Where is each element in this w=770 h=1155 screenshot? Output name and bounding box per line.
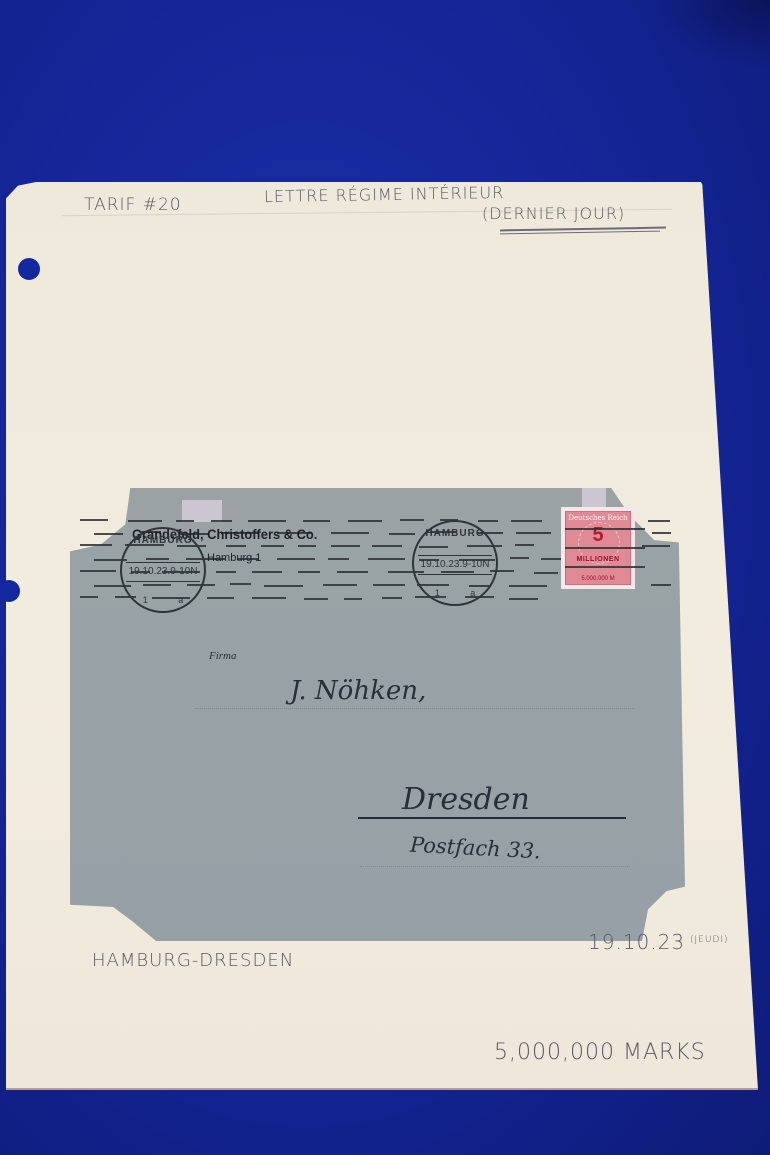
cancel-dash [128, 520, 162, 522]
cancel-dash [80, 596, 98, 598]
route-label: HAMBURG-DRESDEN [92, 950, 294, 971]
last-day-note: (DERNIER JOUR) [482, 204, 625, 223]
cancel-dash [94, 533, 123, 535]
postmark-sub: 1 a [122, 595, 204, 605]
cancel-dash [252, 597, 286, 599]
cancel-dash [642, 545, 670, 547]
cancel-dash [368, 558, 405, 560]
cancel-dash [303, 520, 330, 522]
stamp-cancel-line [565, 547, 645, 549]
cancel-dash [337, 571, 368, 573]
stamp-cancel-line [565, 566, 645, 568]
cancel-dash [510, 557, 529, 559]
cancel-dash [252, 571, 282, 573]
weekday-label: (JEUDI) [690, 935, 729, 945]
stamp-unit: MILLIONEN [566, 556, 630, 563]
cancel-dash [400, 519, 424, 521]
cancel-dash [648, 520, 670, 522]
cancel-dash [509, 585, 547, 587]
cancel-dash [264, 585, 303, 587]
cancel-dash [373, 584, 405, 586]
cancel-dash [344, 598, 362, 600]
postmark-left: HAMBURG 19.10.23.9-10N 1 a [120, 527, 206, 613]
cancel-dash [277, 558, 315, 560]
stamp-country: Deutsches Reich [566, 514, 630, 522]
cancel-dash [515, 544, 534, 546]
address-dotted-line-2 [360, 866, 630, 867]
cancel-dash [372, 545, 402, 547]
cancel-dash [534, 572, 558, 574]
cancel-dash [298, 545, 316, 547]
printed-firma-label: Firma [209, 650, 237, 662]
cancel-dash [304, 598, 328, 600]
cancel-dash [176, 520, 194, 522]
postmark-right: HAMBURG 19.10.23.9-10N 1 a [412, 520, 498, 606]
stamp-cancel-line [565, 528, 645, 530]
cancel-dash [80, 544, 112, 546]
postmark-date: 19.10.23.9-10N [418, 555, 492, 575]
cancel-dash [389, 533, 415, 535]
cancel-dash [328, 558, 349, 560]
postage-label: 5,000,000 MARKS [494, 1040, 706, 1065]
destination-city: Dresden [402, 782, 530, 817]
cancel-dash [80, 519, 108, 521]
cancel-dash [298, 571, 320, 573]
punch-hole-top [18, 258, 40, 280]
cancel-dash [230, 583, 251, 585]
cancel-dash [511, 520, 542, 522]
cancel-dash [216, 571, 236, 573]
city-underline [358, 817, 626, 819]
date-label: 19.10.23 [588, 930, 685, 954]
cancel-dash [651, 584, 671, 586]
cancel-dash [211, 520, 232, 522]
postmark-sub: 1 a [414, 588, 496, 598]
cancel-dash [80, 570, 116, 572]
cancel-dash [331, 545, 360, 547]
cancel-dash [323, 584, 357, 586]
cancel-dash [348, 520, 382, 522]
cancel-dash [226, 545, 246, 547]
cancel-dash [652, 532, 671, 534]
cancel-dash [261, 545, 284, 547]
cancel-dash [478, 520, 498, 522]
address-dotted-line [195, 708, 635, 709]
cancel-dash [509, 598, 538, 600]
background-shadow [650, 0, 770, 70]
cancel-dash [382, 597, 402, 599]
postmark-city: HAMBURG [414, 528, 496, 539]
cancel-dash [331, 532, 369, 534]
stamp-full-value: 5.000.000 M [566, 576, 630, 582]
postmark-date: 19.10.23.9-10N [126, 562, 200, 582]
addressee-name: J. Nöhken, [290, 676, 426, 706]
cancel-dash [207, 597, 234, 599]
postmark-city: HAMBURG [122, 535, 204, 546]
tarif-label: TARIF #20 [84, 195, 182, 215]
sender-city: Hamburg 1 [207, 552, 261, 564]
cancel-dash [248, 520, 286, 522]
cancel-dash [516, 532, 551, 534]
